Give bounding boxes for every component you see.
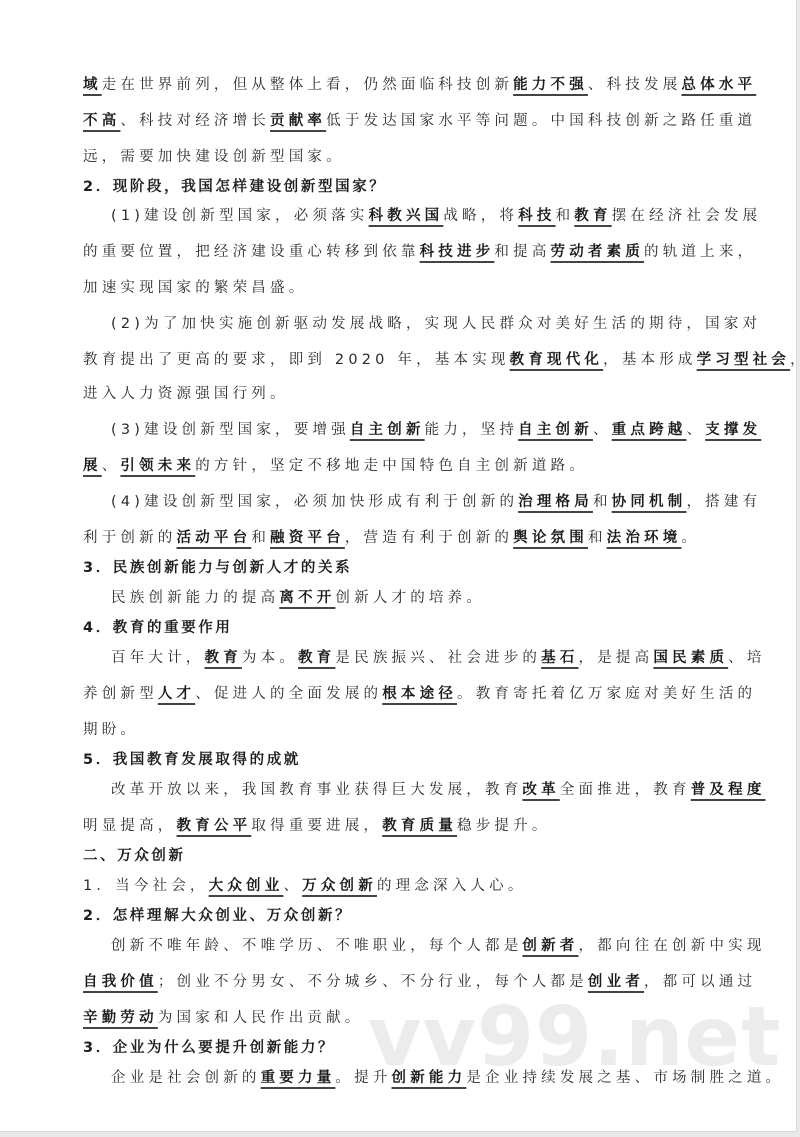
key-term: 劳动者素质 <box>551 244 645 260</box>
key-term: 域 <box>83 77 102 93</box>
text-segment: 稳步提升。 <box>457 818 551 834</box>
key-term: 教育现代化 <box>510 352 604 368</box>
text-segment: 的轨道上来， <box>644 244 756 260</box>
key-term: 协同机制 <box>612 494 687 510</box>
text-segment: 进入人力资源强国行列。 <box>83 386 289 402</box>
text-line: 的重要位置，把经济建设重心转移到依靠科技进步和提高劳动者素质的轨道上来， <box>83 242 723 262</box>
key-term: 能力不强 <box>513 77 588 93</box>
text-segment: 和提高 <box>494 244 550 260</box>
text-segment: 全面推进，教育 <box>560 782 691 798</box>
key-term: 展 <box>83 458 102 474</box>
text-segment: 为国家和人民作出贡献。 <box>158 1010 364 1026</box>
text-line: 不高、科技对经济增长贡献率低于发达国家水平等问题。中国科技创新之路任重道 <box>83 111 723 131</box>
key-term: 不高 <box>83 113 120 129</box>
section-heading: 2．现阶段，我国怎样建设创新型国家？ <box>83 177 723 197</box>
key-term: 支撑发 <box>705 422 761 438</box>
key-term: 教育 <box>205 650 242 666</box>
key-term: 创业者 <box>588 974 644 990</box>
text-segment: 改革开放以来，我国教育事业获得巨大发展，教育 <box>111 782 522 798</box>
text-segment: 的方针，坚定不移地走中国特色自主创新道路。 <box>195 458 588 474</box>
section-heading: 2．怎样理解大众创业、万众创新？ <box>83 906 723 926</box>
text-segment: 和 <box>588 530 607 546</box>
text-segment: ；创业不分男女、不分城乡、不分行业，每个人都是 <box>158 974 588 990</box>
text-line: 民族创新能力的提高离不开创新人才的培养。 <box>111 588 751 608</box>
text-line: 进入人力资源强国行列。 <box>83 384 723 404</box>
key-term: 大众创业 <box>209 878 284 894</box>
text-segment: 和 <box>593 494 612 510</box>
key-term: 自主创新 <box>518 422 593 438</box>
text-segment: (2)为了加快实施创新驱动发展战略，实现人民群众对美好生活的期待，国家对 <box>111 316 761 332</box>
text-segment: 能力，坚持 <box>425 422 519 438</box>
text-line: (2)为了加快实施创新驱动发展战略，实现人民群众对美好生活的期待，国家对 <box>111 314 751 334</box>
text-segment: 民族创新能力的提高 <box>111 590 279 606</box>
key-term: 舆论氛围 <box>513 530 588 546</box>
key-term: 法治环境 <box>607 530 682 546</box>
key-term: 融资平台 <box>270 530 345 546</box>
text-segment: 和 <box>251 530 270 546</box>
text-segment: 教育提出了更高的要求，即到 2020 年，基本实现 <box>83 352 510 368</box>
text-segment: 2．现阶段，我国怎样建设创新型国家？ <box>83 179 386 195</box>
key-term: 学习型社会 <box>697 352 791 368</box>
text-segment: 、科技对经济增长 <box>120 113 270 129</box>
key-term: 重要力量 <box>261 1070 336 1086</box>
text-segment: 、促进人的全面发展的 <box>195 686 382 702</box>
text-line: 养创新型人才、促进人的全面发展的根本途径。教育寄托着亿万家庭对美好生活的 <box>83 684 723 704</box>
text-line: 展、引领未来的方针，坚定不移地走中国特色自主创新道路。 <box>83 456 723 476</box>
text-line: 自我价值；创业不分男女、不分城乡、不分行业，每个人都是创业者，都可以通过 <box>83 972 723 992</box>
key-term: 科技 <box>518 208 555 224</box>
key-term: 贡献率 <box>270 113 326 129</box>
text-segment: 、 <box>283 878 302 894</box>
key-term: 改革 <box>522 782 559 798</box>
text-line: 教育提出了更高的要求，即到 2020 年，基本实现教育现代化，基本形成学习型社会… <box>83 350 723 370</box>
text-segment: 、 <box>102 458 121 474</box>
text-segment: 利于创新的 <box>83 530 177 546</box>
text-segment: (3)建设创新型国家，要增强 <box>111 422 350 438</box>
text-line: 远，需要加快建设创新型国家。 <box>83 147 723 167</box>
text-line: 期盼。 <box>83 720 723 740</box>
text-line: 改革开放以来，我国教育事业获得巨大发展，教育改革全面推进，教育普及程度 <box>111 780 751 800</box>
text-line: 明显提高，教育公平取得重要进展，教育质量稳步提升。 <box>83 816 723 836</box>
text-line: (4)建设创新型国家，必须加快形成有利于创新的治理格局和协同机制，搭建有 <box>111 492 751 512</box>
text-segment: 5．我国教育发展取得的成就 <box>83 752 301 768</box>
text-segment: ，搭建有 <box>686 494 761 510</box>
section-heading: 二、万众创新 <box>83 846 723 866</box>
section-heading: 3．民族创新能力与创新人才的关系 <box>83 558 723 578</box>
text-segment: 创新不唯年龄、不唯学历、不唯职业，每个人都是 <box>111 938 522 954</box>
text-segment: 。 <box>681 530 700 546</box>
text-segment: 创新人才的培养。 <box>335 590 485 606</box>
text-segment: 企业是社会创新的 <box>111 1070 261 1086</box>
key-term: 根本途径 <box>382 686 457 702</box>
text-segment: ，是提高 <box>579 650 654 666</box>
text-segment: 和 <box>556 208 575 224</box>
text-line: 域走在世界前列，但从整体上看，仍然面临科技创新能力不强、科技发展总体水平 <box>83 75 723 95</box>
text-segment: 3．企业为什么要提升创新能力？ <box>83 1040 335 1056</box>
key-term: 教育公平 <box>177 818 252 834</box>
key-term: 离不开 <box>279 590 335 606</box>
key-term: 辛勤劳动 <box>83 1010 158 1026</box>
key-term: 教育质量 <box>382 818 457 834</box>
text-segment: 加速实现国家的繁荣昌盛。 <box>83 280 307 296</box>
key-term: 万众创新 <box>302 878 377 894</box>
key-term: 教育 <box>574 208 611 224</box>
key-term: 普及程度 <box>691 782 766 798</box>
text-segment: 的理念深入人心。 <box>377 878 527 894</box>
key-term: 自我价值 <box>83 974 158 990</box>
text-segment: 摆在经济社会发展 <box>612 208 762 224</box>
watermark: vv99.net <box>368 990 781 1085</box>
text-line: 百年大计，教育为本。教育是民族振兴、社会进步的基石，是提高国民素质、培 <box>111 648 751 668</box>
text-segment: 、培 <box>728 650 765 666</box>
text-segment: 4．教育的重要作用 <box>83 620 233 636</box>
text-segment: (1)建设创新型国家，必须落实 <box>111 208 369 224</box>
text-segment: 2．怎样理解大众创业、万众创新？ <box>83 908 352 924</box>
text-segment: 期盼。 <box>83 722 139 738</box>
text-segment: 战略，将 <box>443 208 518 224</box>
key-term: 创新者 <box>522 938 578 954</box>
key-term: 自主创新 <box>350 422 425 438</box>
key-term: 人才 <box>158 686 195 702</box>
text-segment: 低于发达国家水平等问题。中国科技创新之路任重道 <box>326 113 756 129</box>
key-term: 重点跨越 <box>612 422 687 438</box>
text-segment: 为本。 <box>242 650 298 666</box>
text-segment: 远，需要加快建设创新型国家。 <box>83 149 345 165</box>
key-term: 治理格局 <box>518 494 593 510</box>
text-segment: 。教育寄托着亿万家庭对美好生活的 <box>457 686 756 702</box>
text-segment: 是民族振兴、社会进步的 <box>335 650 541 666</box>
text-segment: ，都向往在创新中实现 <box>579 938 766 954</box>
key-term: 活动平台 <box>177 530 252 546</box>
key-term: 国民素质 <box>653 650 728 666</box>
key-term: 基石 <box>541 650 578 666</box>
text-line: 创新不唯年龄、不唯学历、不唯职业，每个人都是创新者，都向往在创新中实现 <box>111 936 751 956</box>
text-segment: 取得重要进展， <box>251 818 382 834</box>
text-segment: 、 <box>686 422 705 438</box>
key-term: 科技进步 <box>420 244 495 260</box>
document-page: 域走在世界前列，但从整体上看，仍然面临科技创新能力不强、科技发展总体水平不高、科… <box>0 0 797 1132</box>
key-term: 教育 <box>298 650 335 666</box>
text-line: 加速实现国家的繁荣昌盛。 <box>83 278 723 298</box>
key-term: 总体水平 <box>681 77 756 93</box>
text-segment: 走在世界前列，但从整体上看，仍然面临科技创新 <box>102 77 513 93</box>
text-segment: 的重要位置，把经济建设重心转移到依靠 <box>83 244 420 260</box>
section-heading: 5．我国教育发展取得的成就 <box>83 750 723 770</box>
text-segment: ，都可以通过 <box>644 974 756 990</box>
text-segment: 百年大计， <box>111 650 205 666</box>
text-segment: (4)建设创新型国家，必须加快形成有利于创新的 <box>111 494 518 510</box>
text-segment: ，基本形成 <box>603 352 697 368</box>
text-segment: ，营造有利于创新的 <box>345 530 513 546</box>
text-line: (3)建设创新型国家，要增强自主创新能力，坚持自主创新、重点跨越、支撑发 <box>111 420 751 440</box>
text-segment: 1．当今社会， <box>83 878 209 894</box>
text-segment: 3．民族创新能力与创新人才的关系 <box>83 560 352 576</box>
text-line: 1．当今社会，大众创业、万众创新的理念深入人心。 <box>83 876 723 896</box>
text-line: (1)建设创新型国家，必须落实科教兴国战略，将科技和教育摆在经济社会发展 <box>111 206 751 226</box>
text-segment: 明显提高， <box>83 818 177 834</box>
text-segment: 、科技发展 <box>588 77 682 93</box>
text-segment: 养创新型 <box>83 686 158 702</box>
text-segment: 二、万众创新 <box>83 848 186 864</box>
key-term: 引领未来 <box>120 458 195 474</box>
text-segment: 、 <box>593 422 612 438</box>
text-segment: ， <box>790 352 800 368</box>
text-line: 利于创新的活动平台和融资平台，营造有利于创新的舆论氛围和法治环境。 <box>83 528 723 548</box>
section-heading: 4．教育的重要作用 <box>83 618 723 638</box>
key-term: 科教兴国 <box>369 208 444 224</box>
